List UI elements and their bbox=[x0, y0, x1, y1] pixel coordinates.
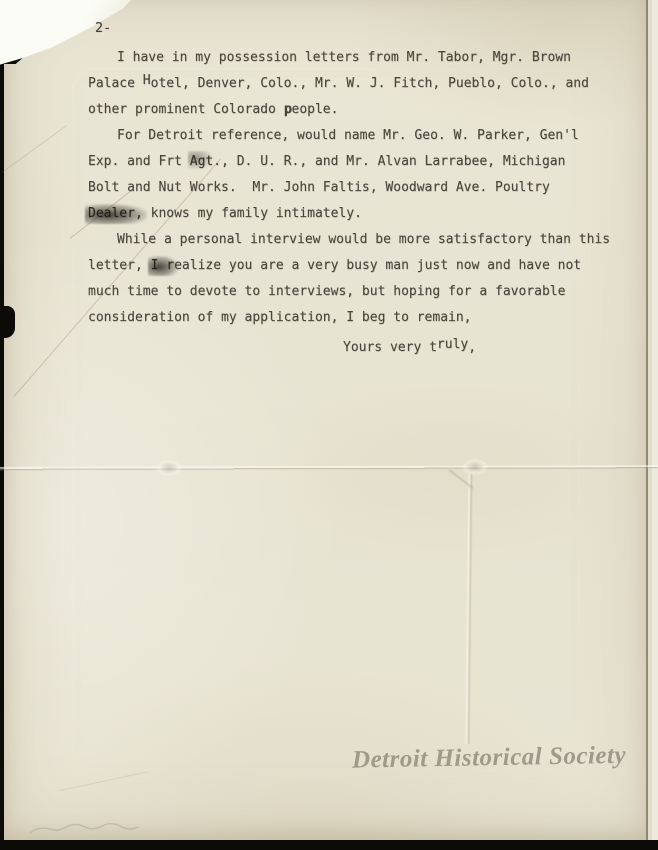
letter-body: I have in my possession letters from Mr.… bbox=[88, 45, 628, 361]
text-segment: , bbox=[468, 340, 476, 355]
paper-right-edge bbox=[646, 0, 658, 840]
letter-line: consideration of my application, I beg t… bbox=[88, 305, 628, 331]
text-segment: ealize you are a very busy man just now … bbox=[174, 258, 581, 273]
paper-left-notch bbox=[0, 306, 15, 338]
letter-line: much time to devote to interviews, but h… bbox=[88, 279, 628, 305]
letter-line: Bolt and Nut Works. Mr. John Faltis, Woo… bbox=[88, 175, 628, 201]
text-segment: knows my family intimately. bbox=[143, 206, 362, 221]
text-segment: other prominent Colorado bbox=[88, 102, 284, 117]
text-segment: eople. bbox=[292, 102, 339, 117]
text-segment: letter, bbox=[88, 258, 151, 273]
text-segment: Agt bbox=[190, 154, 213, 169]
letter-line: I have in my possession letters from Mr.… bbox=[88, 45, 628, 71]
crease-pucker bbox=[156, 460, 182, 476]
letter-line: While a personal interview would be more… bbox=[88, 227, 628, 253]
text-segment: H bbox=[143, 73, 151, 88]
text-segment: Palace bbox=[88, 76, 143, 91]
pencil-scribble bbox=[26, 820, 156, 838]
text-segment: Yours very t bbox=[343, 340, 437, 355]
text-segment: ., D. U. R., and Mr. Alvan Larrabee, Mic… bbox=[213, 154, 565, 169]
letter-line: Dealer, knows my family intimately. bbox=[88, 201, 628, 227]
text-segment: p bbox=[284, 102, 292, 117]
text-segment: Exp. and Frt bbox=[88, 154, 190, 169]
letter-line: For Detroit reference, would name Mr. Ge… bbox=[88, 123, 628, 149]
text-segment: I r bbox=[151, 258, 174, 273]
text-segment: Bolt and Nut Works. Mr. John Faltis, Woo… bbox=[88, 180, 550, 195]
text-segment: While a personal interview would be more… bbox=[117, 232, 610, 247]
page-number: 2- bbox=[95, 20, 111, 36]
text-segment: ruly bbox=[437, 337, 468, 352]
letter-line: Exp. and Frt Agt., D. U. R., and Mr. Alv… bbox=[88, 149, 628, 175]
text-segment: consideration of my application, I beg t… bbox=[88, 310, 472, 325]
text-segment: For Detroit reference, would name Mr. Ge… bbox=[117, 128, 579, 143]
text-segment: much time to devote to interviews, but h… bbox=[88, 284, 565, 299]
letter-line: Yours very truly, bbox=[88, 335, 628, 361]
scanned-letter-page: 2- I have in my possession letters from … bbox=[0, 0, 658, 850]
letter-line: Palace Hotel, Denver, Colo., Mr. W. J. F… bbox=[88, 71, 628, 97]
text-segment: Dealer, bbox=[88, 206, 143, 221]
letter-line: letter, I realize you are a very busy ma… bbox=[88, 253, 628, 279]
text-segment: otel, Denver, Colo., Mr. W. J. Fitch, Pu… bbox=[151, 76, 589, 91]
crease-pucker bbox=[462, 459, 488, 475]
text-segment: I have in my possession letters from Mr.… bbox=[117, 50, 571, 65]
watermark: Detroit Historical Society bbox=[352, 741, 652, 774]
letter-line: other prominent Colorado people. bbox=[88, 97, 628, 123]
